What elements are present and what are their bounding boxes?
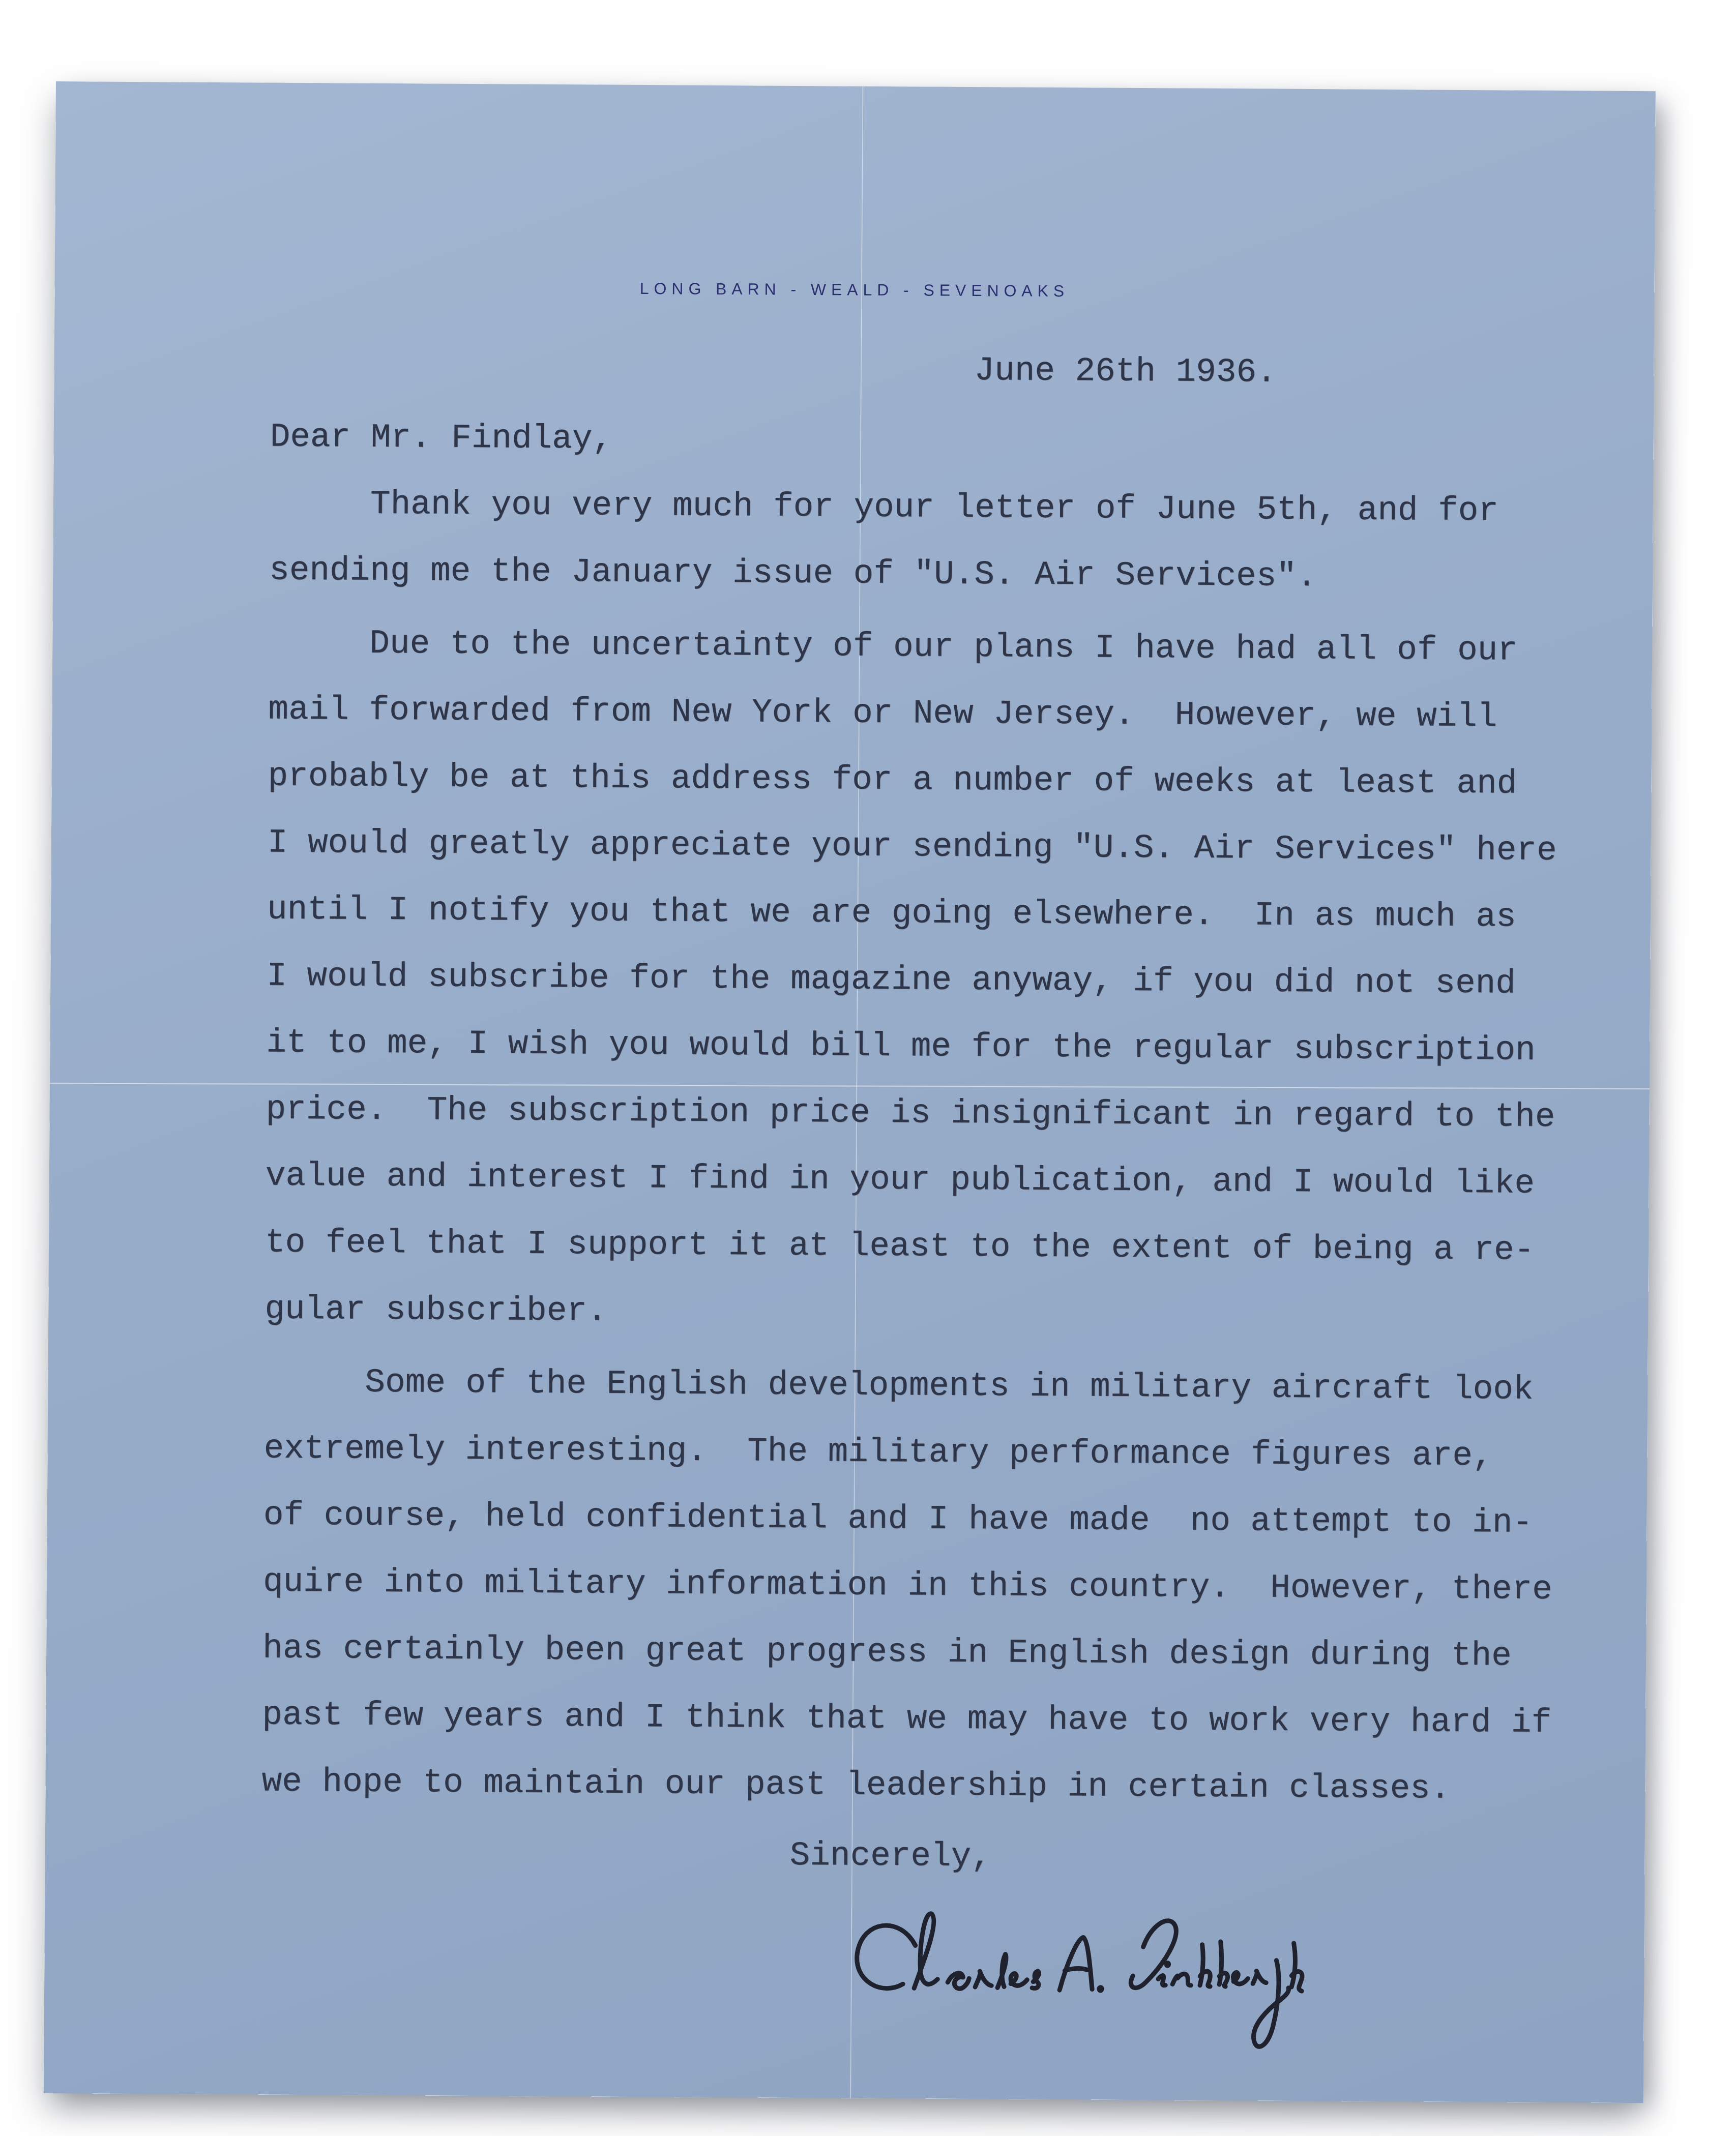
- closing: Sincerely,: [789, 1822, 1645, 1894]
- date-line: June 26th 1936.: [974, 337, 1654, 408]
- typewritten-line: of course, held confidential and I have …: [263, 1482, 1647, 1557]
- typewritten-line: Due to the uncertainty of our plans I ha…: [269, 610, 1653, 685]
- typewritten-line: it to me, I wish you would bill me for t…: [266, 1010, 1650, 1085]
- paragraph: Thank you very much for your letter of J…: [269, 470, 1654, 612]
- typewritten-line: to feel that I support it at least to th…: [265, 1209, 1649, 1285]
- paragraph: Due to the uncertainty of our plans I ha…: [264, 610, 1653, 1351]
- letter-body: Thank you very much for your letter of J…: [261, 470, 1653, 1824]
- typewritten-line: Some of the English developments in mili…: [264, 1349, 1648, 1424]
- typewritten-line: mail forwarded from New York or New Jers…: [268, 676, 1652, 752]
- typewritten-line: probably be at this address for a number…: [268, 743, 1652, 818]
- letter-paper: LONG BARN - WEALD - SEVENOAKS June 26th …: [44, 81, 1656, 2103]
- paragraph: Some of the English developments in mili…: [261, 1349, 1648, 1824]
- salutation: Dear Mr. Findlay,: [270, 404, 1654, 479]
- typewritten-line: we hope to maintain our past leadership …: [261, 1748, 1645, 1824]
- typewritten-line: until I notify you that we are going els…: [267, 876, 1651, 952]
- typewritten-line: past few years and I think that we may h…: [262, 1682, 1646, 1757]
- typewritten-line: extremely interesting. The military perf…: [263, 1415, 1647, 1491]
- typewritten-line: has certainly been great progress in Eng…: [262, 1615, 1646, 1690]
- scanned-page: LONG BARN - WEALD - SEVENOAKS June 26th …: [0, 0, 1736, 2136]
- typewritten-line: gular subscriber.: [264, 1276, 1649, 1351]
- letter-content: LONG BARN - WEALD - SEVENOAKS June 26th …: [44, 81, 1656, 2103]
- typewritten-line: I would subscribe for the magazine anywa…: [267, 943, 1651, 1018]
- scan-background: { "colors": { "background": "#ffffff", "…: [0, 0, 1736, 2136]
- typewritten-line: value and interest I find in your public…: [265, 1143, 1649, 1218]
- signature-ink: [837, 1894, 1321, 2080]
- typewritten-line: price. The subscription price is insigni…: [266, 1076, 1650, 1151]
- typewritten-line: I would greatly appreciate your sending …: [267, 810, 1651, 885]
- typewritten-line: quire into military information in this …: [263, 1549, 1647, 1624]
- typewritten-line: sending me the January issue of "U.S. Ai…: [269, 537, 1653, 612]
- typewritten-line: Thank you very much for your letter of J…: [270, 470, 1654, 546]
- signature: [837, 1894, 1321, 2080]
- letterhead: LONG BARN - WEALD - SEVENOAKS: [54, 275, 1654, 305]
